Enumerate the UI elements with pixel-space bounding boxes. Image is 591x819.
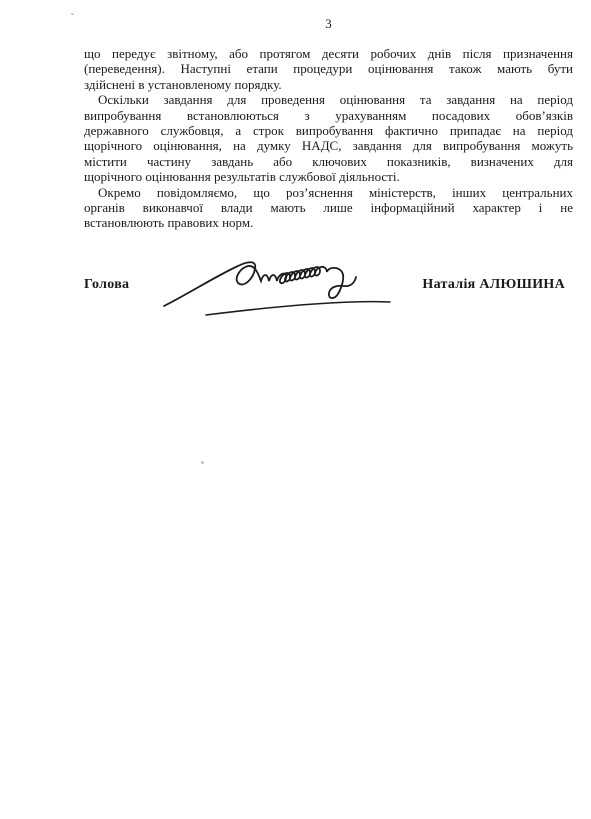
text-line: випробування встановлюються з урахування… xyxy=(84,108,573,123)
text-line: Оскільки завдання для проведення оцінюва… xyxy=(84,92,573,107)
document-page: 3 що передує звітному, або протягом деся… xyxy=(0,0,591,819)
text-line: містити частину завдань або ключових пок… xyxy=(84,154,573,169)
signature-underline-stroke xyxy=(206,302,390,315)
text-line: що передує звітному, або протягом десяти… xyxy=(84,46,573,61)
text-line: встановлюють правових норм. xyxy=(84,215,573,230)
text-line: щорічного оцінювання, на думку НАДС, зав… xyxy=(84,138,573,153)
signer-role: Голова xyxy=(84,276,129,293)
document-body: що передує звітному, або протягом десяти… xyxy=(84,46,573,231)
signature-block: Голова Наталія АЛЮШИНА xyxy=(84,276,573,293)
text-line: здійснені в установленому порядку. xyxy=(84,77,573,92)
scan-speck xyxy=(201,461,204,464)
text-line: державного службовця, а строк випробуван… xyxy=(84,123,573,138)
text-line: (переведення). Наступні етапи процедури … xyxy=(84,61,573,76)
text-line: Окремо повідомляємо, що роз’яснення міні… xyxy=(84,185,573,200)
text-line: органів виконавчої влади мають лише інфо… xyxy=(84,200,573,215)
signer-name: Наталія АЛЮШИНА xyxy=(422,276,565,293)
page-number: 3 xyxy=(84,16,573,31)
scan-speck xyxy=(71,13,74,15)
text-line: щорічного оцінювання результатів службов… xyxy=(84,169,573,184)
